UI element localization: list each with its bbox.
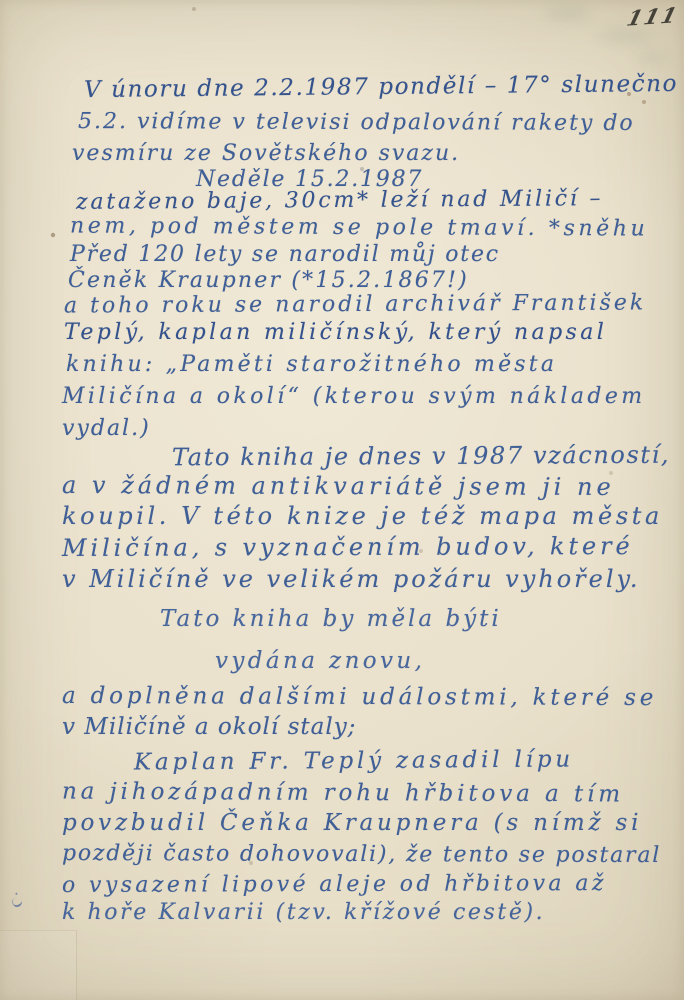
handwritten-line-17: Miličína, s vyznačením budov, které — [62, 532, 634, 562]
handwritten-line-28: k hoře Kalvarii (tzv. křížové cestě). — [62, 900, 545, 925]
handwritten-line-5: zataženo baje, 30cm* leží nad Miličí – — [76, 186, 603, 215]
handwritten-line-8: Čeněk Kraupner (*15.2.1867!) — [68, 268, 469, 293]
paper-page: 111 V únoru dne 2.2.1987 pondělí – 17° s… — [0, 0, 684, 1000]
handwritten-line-13: vydal.) — [62, 416, 151, 441]
handwritten-line-12: Miličína a okolí“ (kterou svým nákladem — [62, 384, 646, 409]
handwritten-line-9: a toho roku se narodil archivář Františe… — [64, 290, 646, 318]
handwritten-line-18: v Miličíně ve velikém požáru vyhořely. — [62, 565, 641, 593]
handwritten-line-22: v Miličíně a okolí staly; — [62, 714, 356, 740]
handwritten-line-24: na jihozápadním rohu hřbitova a tím — [62, 779, 624, 808]
handwritten-line-20: vydána znovu, — [215, 648, 425, 674]
handwritten-line-23: Kaplan Fr. Teplý zasadil lípu — [134, 746, 574, 775]
ink-bleedthrough-smudge — [545, 6, 591, 20]
paper-speck-layer — [0, 0, 2, 2]
handwritten-line-14: Tato kniha je dnes v 1987 vzácností, — [172, 441, 670, 472]
handwritten-line-27: o vysazení lipové aleje od hřbitova až — [62, 871, 607, 898]
handwritten-line-6: nem, pod městem se pole tmaví. *sněhu — [70, 213, 648, 241]
handwritten-line-25: povzbudil Čeňka Kraupnera (s nímž si — [62, 810, 642, 836]
handwritten-line-21: a doplněna dalšími událostmi, které se — [62, 683, 657, 711]
handwritten-line-1: V únoru dne 2.2.1987 pondělí – 17° slune… — [84, 71, 678, 103]
page-number: 111 — [624, 2, 681, 30]
handwritten-line-11: knihu: „Paměti starožitného města — [66, 352, 557, 377]
handwritten-line-2: 5.2. vidíme v televisi odpalování rakety… — [78, 109, 635, 136]
handwritten-line-16: koupil. V této knize je též mapa města — [62, 502, 663, 530]
handwritten-line-10: Teplý, kaplan miličínský, který napsal — [64, 320, 607, 345]
handwritten-line-19: Tato kniha by měla býti — [160, 606, 502, 632]
ink-blot — [11, 896, 24, 909]
ink-bleedthrough-smudge — [636, 52, 668, 64]
handwritten-line-15: a v žádném antikvariátě jsem ji ne — [62, 471, 615, 501]
handwritten-line-3: vesmíru ze Sovětského svazu. — [72, 141, 460, 166]
handwritten-line-7: Před 120 lety se narodil můj otec — [70, 242, 500, 267]
paper-crease — [0, 930, 77, 1000]
handwritten-line-26: později často dohovovali), že tento se p… — [62, 841, 661, 868]
